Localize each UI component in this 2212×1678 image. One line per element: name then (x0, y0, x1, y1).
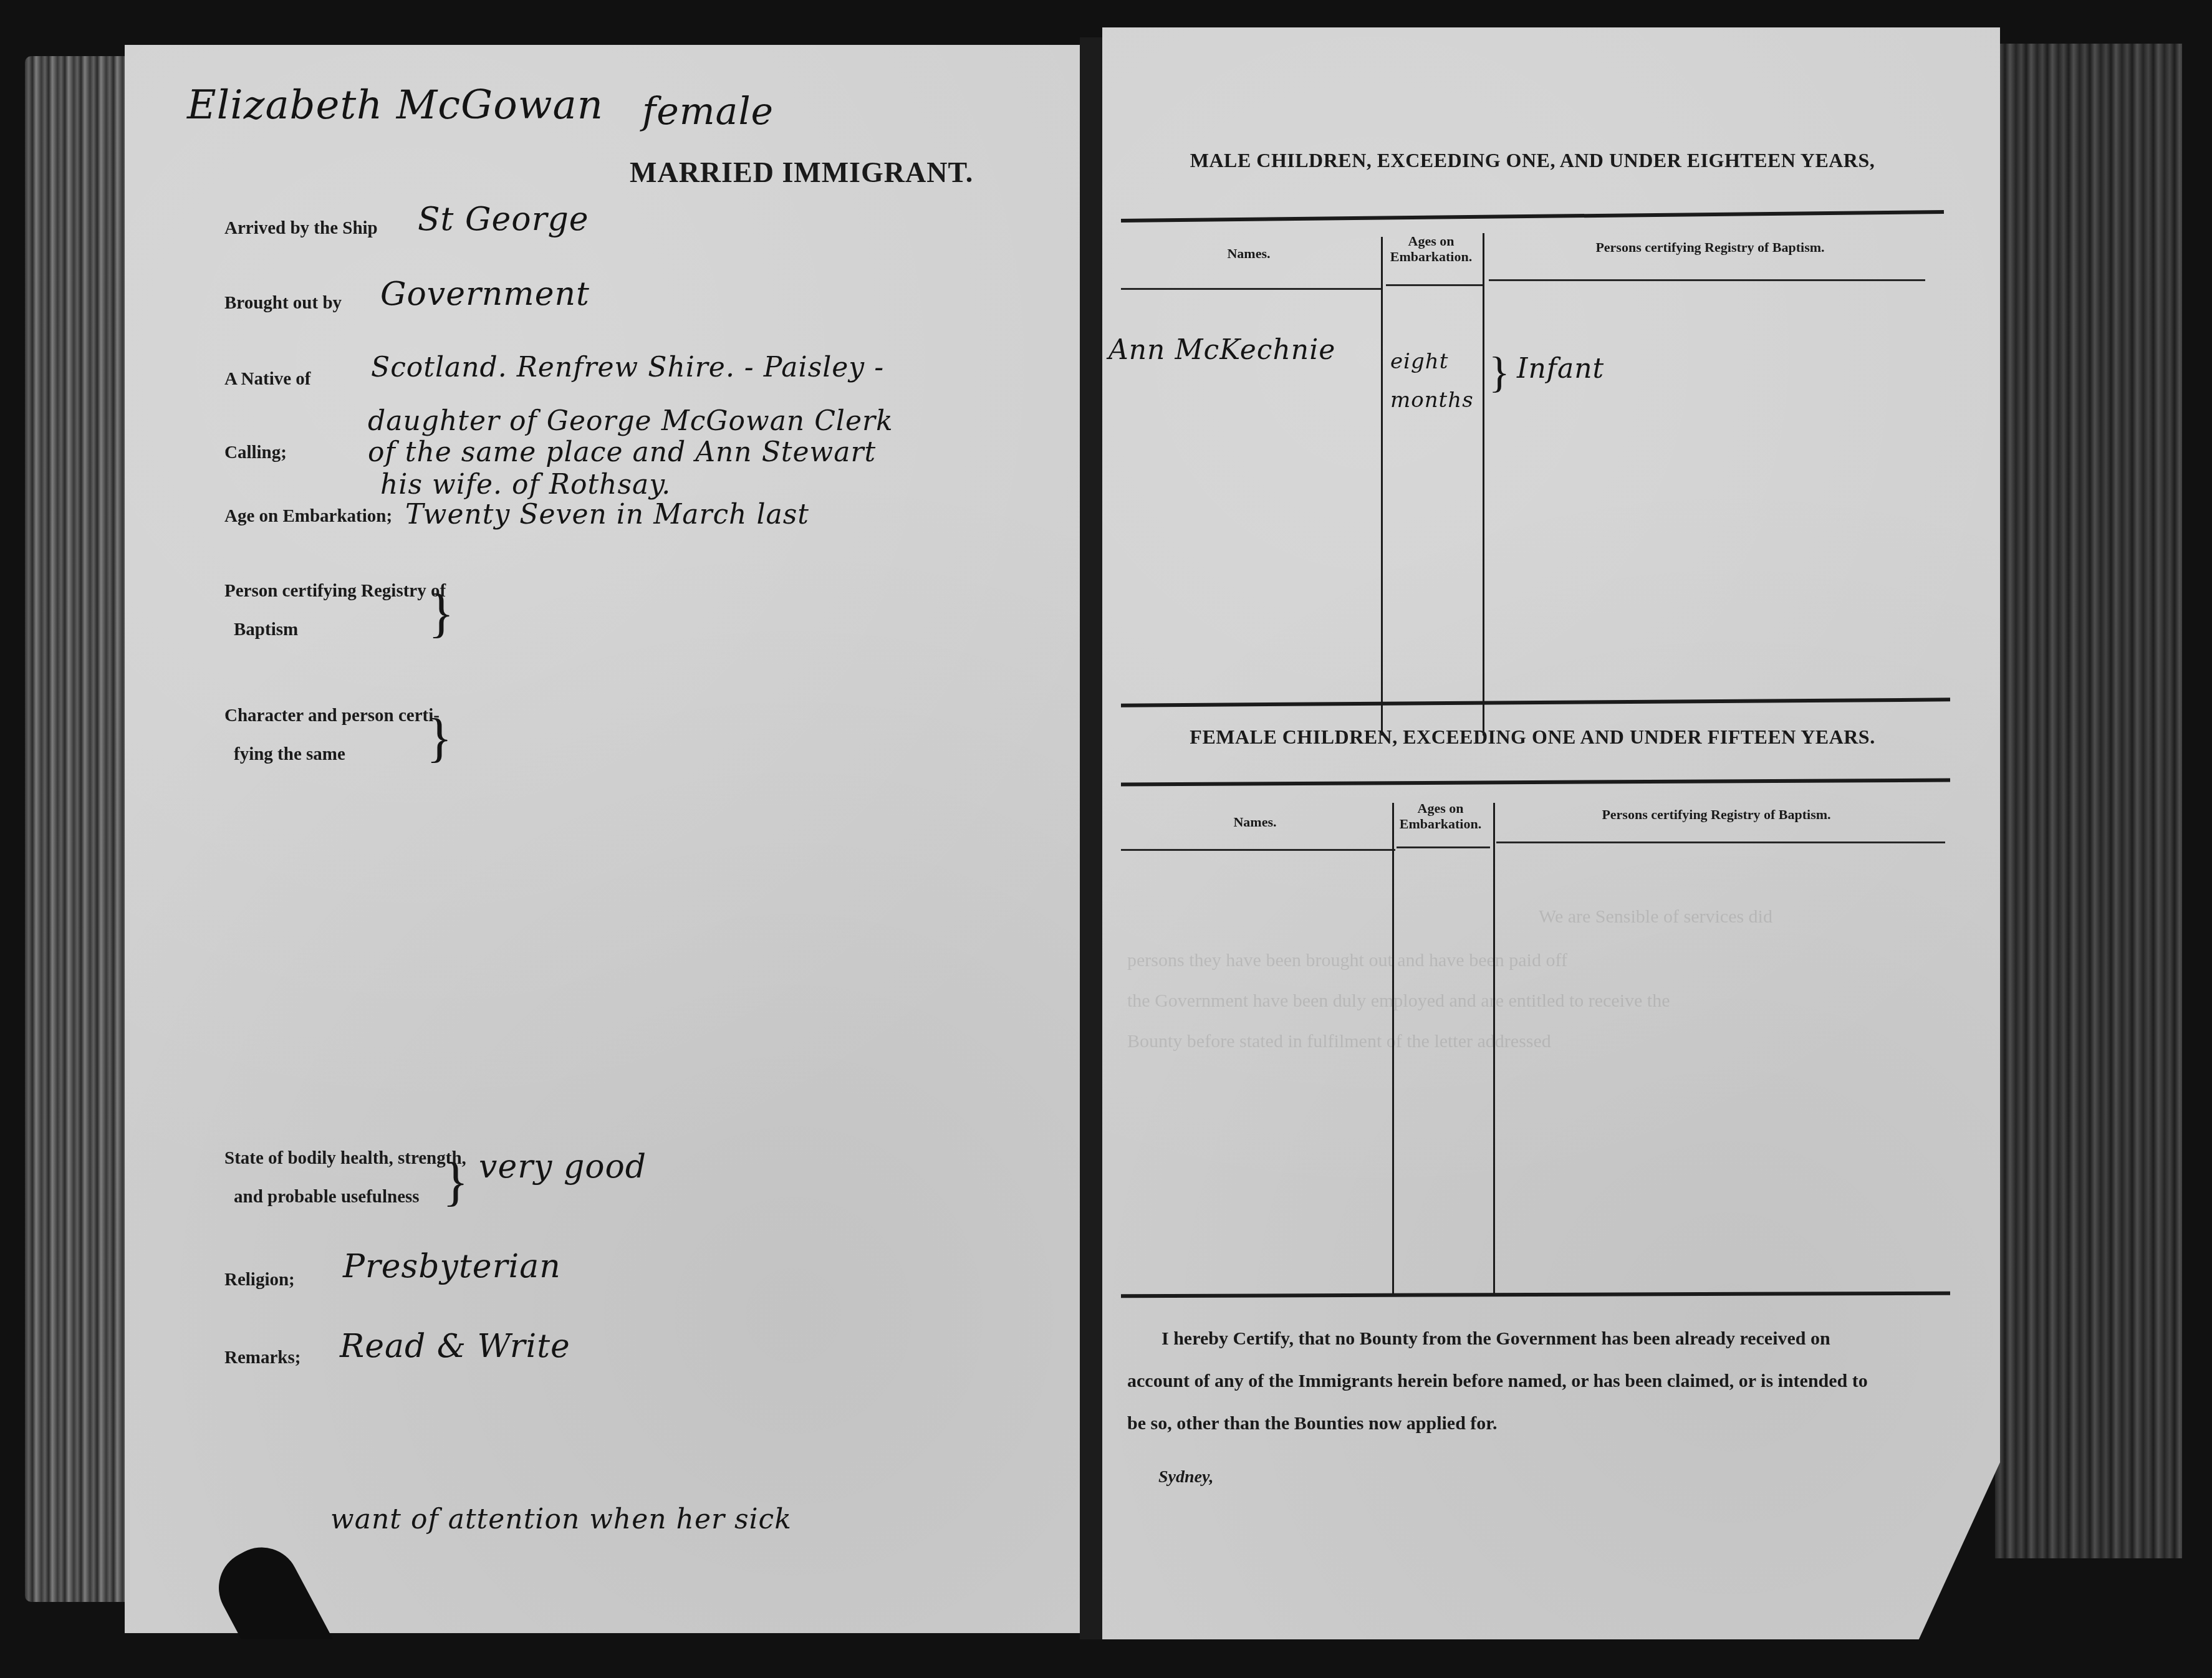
divider (1489, 279, 1925, 281)
divider (1121, 779, 1950, 787)
bleed-through-text: persons they have been brought out and h… (1127, 950, 1950, 971)
form-title: MARRIED IMMIGRANT. (630, 156, 973, 189)
male-child-name: Ann McKechnie (1108, 334, 1335, 366)
divider (1496, 841, 1945, 843)
certification-line2: account of any of the Immigrants herein … (1127, 1360, 1956, 1402)
field-label-character-2: fying the same (234, 744, 345, 765)
field-value-religion: Presbyterian (343, 1248, 561, 1285)
field-label-religion: Religion; (224, 1270, 295, 1290)
immigrant-sex: female (642, 90, 774, 133)
left-page: Elizabeth McGowan female MARRIED IMMIGRA… (125, 45, 1080, 1633)
divider (1397, 846, 1490, 848)
field-value-remarks: Read & Write (340, 1328, 570, 1365)
certification-line3: be so, other than the Bounties now appli… (1127, 1402, 1956, 1445)
footer-note: want of attention when her sick (330, 1503, 792, 1535)
book-spine (1080, 37, 1102, 1658)
field-label-health-1: State of bodily health, strength, (224, 1148, 466, 1169)
field-value-native-of-line1: Scotland. Renfrew Shire. - Paisley - (371, 352, 884, 383)
column-divider (1381, 237, 1383, 736)
male-col-names: Names. (1121, 246, 1377, 261)
bleed-through-text: the Government have been duly employed a… (1127, 990, 1950, 1012)
field-label-baptism-registry-1: Person certifying Registry of (224, 581, 446, 602)
field-label-age: Age on Embarkation; (224, 506, 392, 527)
female-col-certifier: Persons certifying Registry of Baptism. (1495, 807, 1938, 822)
field-value-age: Twenty Seven in March last (405, 499, 809, 530)
male-col-certifier: Persons certifying Registry of Baptism. (1489, 239, 1931, 255)
field-label-native-of: A Native of (224, 369, 311, 390)
brace-icon: } (443, 1154, 468, 1208)
male-child-age: eight months (1390, 342, 1478, 419)
right-page-edges (1995, 44, 2182, 1558)
field-value-brought-out-by: Government (380, 276, 590, 313)
field-value-calling-line1: of the same place and Ann Stewart (368, 436, 876, 468)
left-page-edges (25, 56, 128, 1602)
field-label-health-2: and probable usefulness (234, 1187, 420, 1207)
bleed-through-text: Bounty before stated in fulfilment of th… (1127, 1031, 1950, 1052)
certification-place: Sydney, (1158, 1467, 1213, 1487)
field-value-calling-line2: his wife. of Rothsay. (380, 469, 671, 501)
divider (1386, 284, 1483, 286)
male-col-ages: Ages on Embarkation. (1383, 233, 1479, 265)
divider (1121, 698, 1950, 707)
field-label-brought-out-by: Brought out by (224, 293, 342, 314)
female-col-ages: Ages on Embarkation. (1392, 800, 1489, 832)
field-label-baptism-registry-2: Baptism (234, 620, 298, 640)
male-children-title: MALE CHILDREN, EXCEEDING ONE, AND UNDER … (1127, 149, 1938, 172)
field-label-calling: Calling; (224, 443, 287, 463)
field-value-native-of-line2: daughter of George McGowan Clerk (368, 405, 893, 437)
male-child-certifier: Infant (1517, 353, 1604, 385)
divider (1121, 210, 1944, 223)
right-page: MALE CHILDREN, EXCEEDING ONE, AND UNDER … (1102, 27, 2000, 1658)
divider (1121, 849, 1395, 851)
divider (1121, 1292, 1950, 1298)
brace-icon: } (428, 586, 454, 640)
brace-icon: } (426, 711, 452, 764)
field-label-ship: Arrived by the Ship (224, 218, 378, 239)
bottom-shadow (0, 1639, 2212, 1678)
immigrant-name: Elizabeth McGowan (187, 82, 603, 128)
female-col-names: Names. (1121, 814, 1389, 830)
brace-icon: } (1489, 352, 1510, 395)
certification-line1: I hereby Certify, that no Bounty from th… (1161, 1318, 1956, 1360)
column-divider (1483, 233, 1484, 736)
field-label-character-1: Character and person certi- (224, 706, 440, 726)
bleed-through-text: We are Sensible of services did (1539, 906, 1772, 928)
divider (1121, 288, 1383, 290)
field-value-health: very good (479, 1148, 647, 1186)
field-value-ship: St George (418, 201, 589, 238)
female-children-title: FEMALE CHILDREN, EXCEEDING ONE AND UNDER… (1127, 726, 1938, 749)
field-label-remarks: Remarks; (224, 1348, 301, 1368)
